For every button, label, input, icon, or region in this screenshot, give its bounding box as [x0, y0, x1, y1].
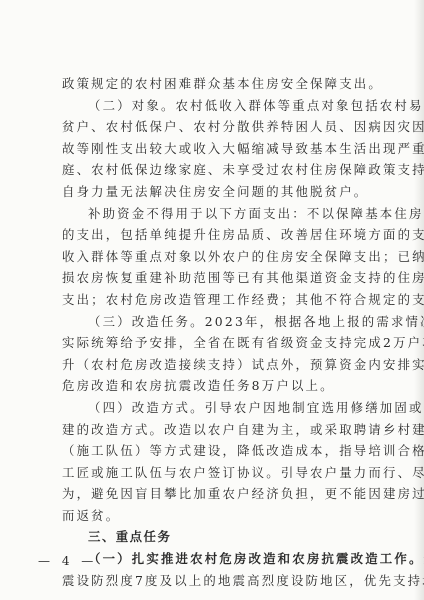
text-line: 政策规定的农村困难群众基本住房安全保障支出。: [62, 73, 364, 95]
text-line: 工匠或施工队伍与农户签订协议。引导农户量力而行、尽力而: [62, 462, 364, 484]
text-line-paragraph: 补助资金不得用于以下方面支出：不以保障基本住房安全为目: [62, 203, 364, 225]
text-line: 损农房恢复重建补助范围等已有其他渠道资金支持的住房安全保障: [62, 267, 364, 289]
text-line: 支出；农村危房改造管理工作经费；其他不符合规定的支出。: [62, 289, 364, 311]
text-line: 的支出，包括单纯提升住房品质、改善居住环境方面的支出等；低: [62, 224, 364, 246]
text-line: 贫户、农村低保户、农村分散供养特困人员、因病因灾因意外事: [62, 116, 364, 138]
body-text: 政策规定的农村困难群众基本住房安全保障支出。 （二）对象。农村低收入群体等重点对…: [62, 73, 364, 591]
text-line: 为，避免因盲目攀比加重农户经济负担，更不能因建房过度负债: [62, 483, 364, 505]
text-line-subsection-4: （四）改造方式。引导农户因地制宜选用修缮加固或拆除重: [62, 397, 364, 419]
text-line: 故等刚性支出较大或收入大幅缩减导致基本生活出现严重困难家: [62, 138, 364, 160]
text-line: 实际统筹给予安排，全省在既有省级资金支持完成2万户功能提: [62, 332, 364, 354]
text-line: 而返贫。: [62, 505, 364, 527]
text-line: 升（农村危房改造接续支持）试点外，预算资金内安排实施农村: [62, 354, 364, 376]
text-line: 庭、农村低保边缘家庭、未享受过农村住房保障政策支持且依靠: [62, 159, 364, 181]
text-line-subsection-2: （二）对象。农村低收入群体等重点对象包括农村易返贫致: [62, 95, 364, 117]
subsection-heading-line: （一）扎实推进农村危房改造和农房抗震改造工作。聚焦抗: [62, 548, 364, 570]
text-line: 危房改造和农房抗震改造任务8万户以上。: [62, 375, 364, 397]
text-line: 收入群体等重点对象以外农户的住房安全保障支出；已纳入因灾倒: [62, 246, 364, 268]
text-line: 自身力量无法解决住房安全问题的其他脱贫户。: [62, 181, 364, 203]
text-line: （施工队伍）等方式建设，降低改造成本，指导培训合格的建筑: [62, 440, 364, 462]
text-line: 建的改造方式。改造以农户自建为主，或采取聘请乡村建设工匠: [62, 419, 364, 441]
text-line-subsection-3: （三）改造任务。2023年，根据各地上报的需求情况，结合: [62, 311, 364, 333]
text-line: 震设防烈度7度及以上的地震高烈度设防地区，优先支持地震重: [62, 570, 364, 592]
section-heading: 三、重点任务: [62, 526, 364, 548]
page-number: — 4 —: [38, 554, 97, 568]
document-page: 政策规定的农村困难群众基本住房安全保障支出。 （二）对象。农村低收入群体等重点对…: [0, 0, 424, 600]
